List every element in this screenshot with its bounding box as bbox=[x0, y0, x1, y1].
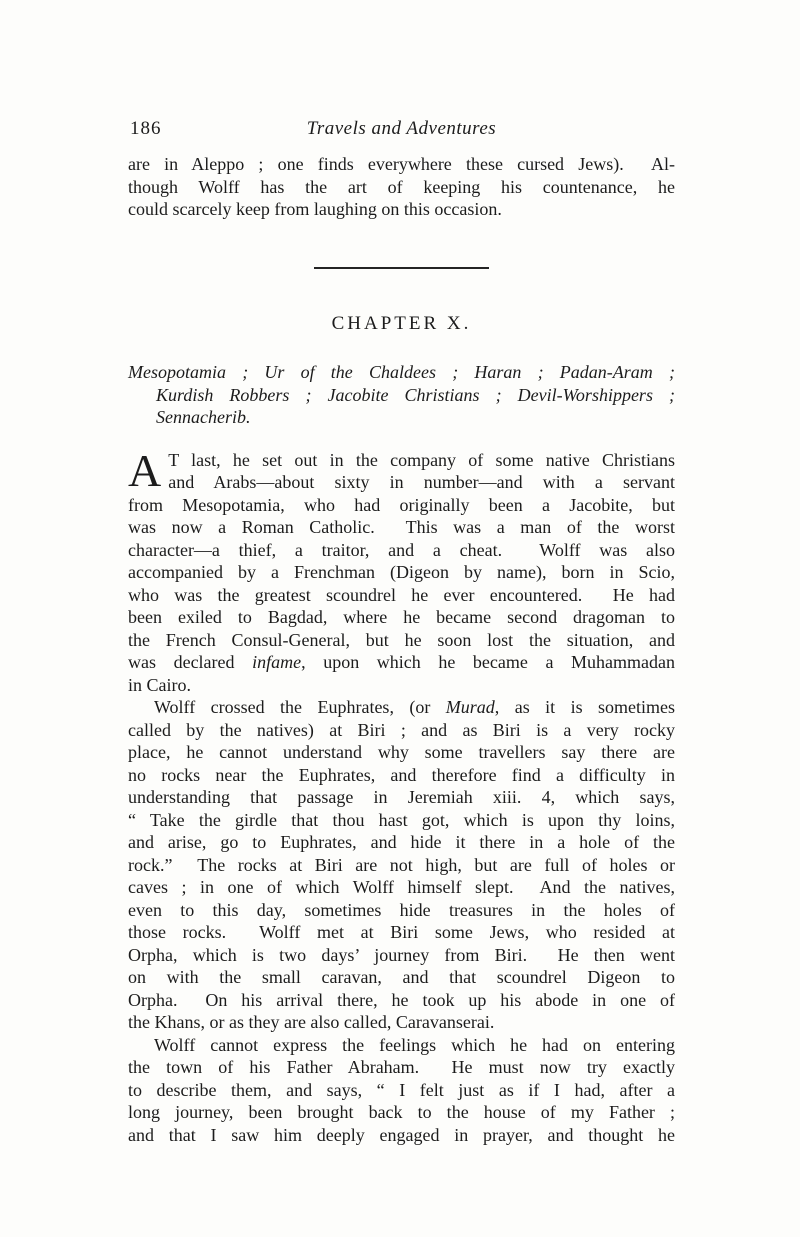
text-line: even to this day, sometimes hide treasur… bbox=[128, 899, 675, 922]
text-line: character—a thief, a traitor, and a chea… bbox=[128, 539, 675, 562]
text-line: Wolff crossed the Euphrates, (or Murad, … bbox=[128, 696, 675, 719]
text-line: accompanied by a Frenchman (Digeon by na… bbox=[128, 561, 675, 584]
text-line: rock.” The rocks at Biri are not high, b… bbox=[128, 854, 675, 877]
text-line: been exiled to Bagdad, where he became s… bbox=[128, 606, 675, 629]
paragraph: Wolff crossed the Euphrates, (or Murad, … bbox=[128, 696, 675, 1034]
page-header: 186 Travels and Adventures bbox=[128, 118, 675, 141]
chapter-summary: Mesopotamia ; Ur of the Chaldees ; Haran… bbox=[128, 361, 675, 429]
text-line: though Wolff has the art of keeping his … bbox=[128, 176, 675, 199]
text-line: Orpha, which is two days’ journey from B… bbox=[128, 944, 675, 967]
text-line: are in Aleppo ; one finds everywhere the… bbox=[128, 153, 675, 176]
text-line: T last, he set out in the company of som… bbox=[128, 449, 675, 472]
text-line: no rocks near the Euphrates, and therefo… bbox=[128, 764, 675, 787]
paragraph: Wolff cannot express the feelings which … bbox=[128, 1034, 675, 1147]
text-line: the Khans, or as they are also called, C… bbox=[128, 1011, 675, 1034]
text-line: from Mesopotamia, who had originally bee… bbox=[128, 494, 675, 517]
text-line: who was the greatest scoundrel he ever e… bbox=[128, 584, 675, 607]
text-line: on with the small caravan, and that scou… bbox=[128, 966, 675, 989]
text-line: Orpha. On his arrival there, he took up … bbox=[128, 989, 675, 1012]
text-line: and arise, go to Euphrates, and hide it … bbox=[128, 831, 675, 854]
text-line: long journey, been brought back to the h… bbox=[128, 1101, 675, 1124]
drop-cap: A bbox=[128, 449, 168, 494]
text-line: those rocks. Wolff met at Biri some Jews… bbox=[128, 921, 675, 944]
text-line: the French Consul-General, but he soon l… bbox=[128, 629, 675, 652]
page-number: 186 bbox=[130, 118, 162, 141]
paragraph-drop-cap: AT last, he set out in the company of so… bbox=[128, 449, 675, 697]
text-line: caves ; in one of which Wolff himself sl… bbox=[128, 876, 675, 899]
text-line: the town of his Father Abraham. He must … bbox=[128, 1056, 675, 1079]
text-line: Kurdish Robbers ; Jacobite Christians ; … bbox=[128, 384, 675, 407]
opening-paragraph: are in Aleppo ; one finds everywhere the… bbox=[128, 153, 675, 221]
text-line: in Cairo. bbox=[128, 674, 675, 697]
text-line: could scarcely keep from laughing on thi… bbox=[128, 198, 675, 221]
text-line: and Arabs—about sixty in number—and with… bbox=[128, 471, 675, 494]
text-line: was declared infame, upon which he becam… bbox=[128, 651, 675, 674]
text-line: place, he cannot understand why some tra… bbox=[128, 741, 675, 764]
text-line: Wolff cannot express the feelings which … bbox=[128, 1034, 675, 1057]
text-line: and that I saw him deeply engaged in pra… bbox=[128, 1124, 675, 1147]
section-divider bbox=[314, 267, 489, 269]
text-line: was now a Roman Catholic. This was a man… bbox=[128, 516, 675, 539]
text-line: to describe them, and says, “ I felt jus… bbox=[128, 1079, 675, 1102]
text-line: Mesopotamia ; Ur of the Chaldees ; Haran… bbox=[128, 361, 675, 384]
book-page: 186 Travels and Adventures are in Aleppo… bbox=[0, 0, 800, 1237]
text-line: “ Take the girdle that thou hast got, wh… bbox=[128, 809, 675, 832]
chapter-heading: CHAPTER X. bbox=[128, 313, 675, 336]
text-line: Sennacherib. bbox=[128, 406, 675, 429]
text-line: understanding that passage in Jeremiah x… bbox=[128, 786, 675, 809]
running-title: Travels and Adventures bbox=[128, 118, 675, 141]
text-line: called by the natives) at Biri ; and as … bbox=[128, 719, 675, 742]
